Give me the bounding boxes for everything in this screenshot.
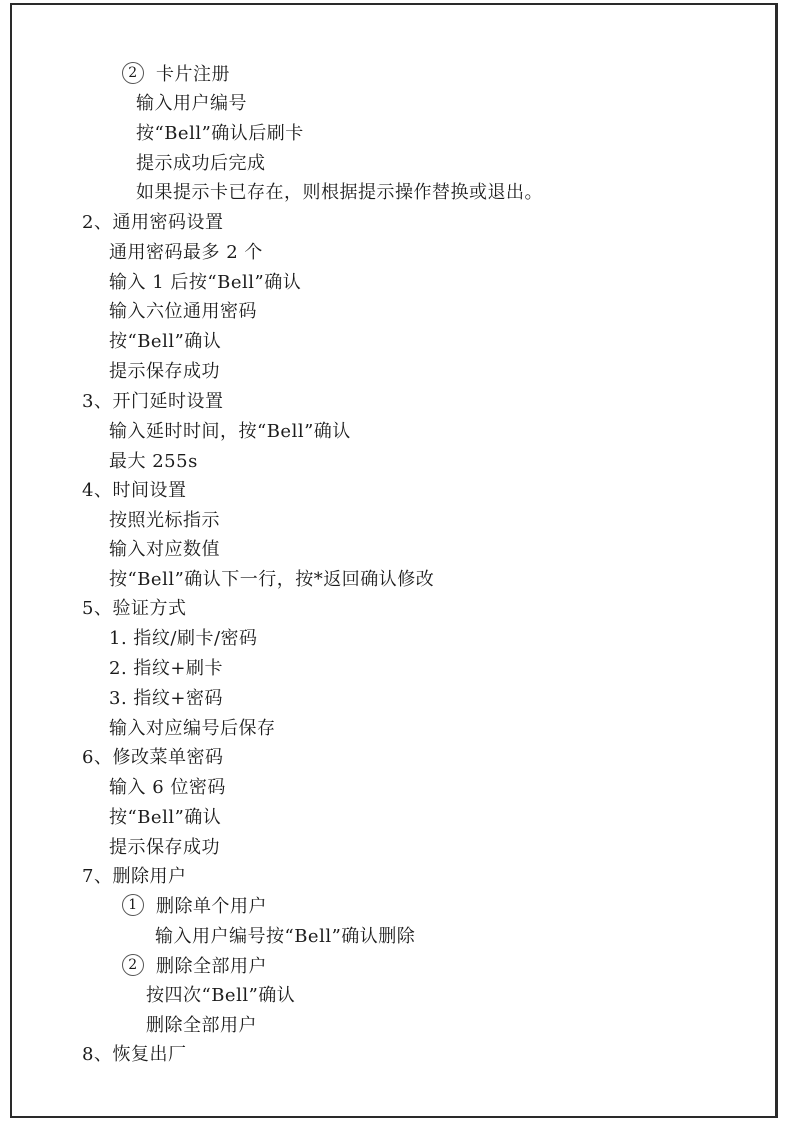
- circled-number-icon: 1: [122, 894, 144, 916]
- section-heading: 2、通用密码设置: [82, 212, 223, 234]
- subitem-heading: 1删除单个用户: [122, 896, 267, 918]
- section-line: 输入 1 后按“Bell”确认: [109, 272, 301, 294]
- section-line: 最大 255s: [109, 451, 198, 473]
- card-registration-title: 卡片注册: [156, 64, 230, 85]
- circled-number-icon: 2: [122, 62, 144, 84]
- card-step: 按“Bell”确认后刷卡: [136, 123, 304, 145]
- card-registration-heading: 2卡片注册: [122, 64, 230, 86]
- section-line: 输入六位通用密码: [109, 301, 257, 323]
- section-line: 1. 指纹/刷卡/密码: [109, 628, 258, 650]
- section-line: 按“Bell”确认: [109, 331, 221, 353]
- section-heading: 6、修改菜单密码: [82, 747, 223, 769]
- section-heading: 5、验证方式: [82, 598, 186, 620]
- section-line: 输入延时时间，按“Bell”确认: [109, 421, 351, 443]
- section-line: 提示保存成功: [109, 361, 220, 383]
- section-line: 按照光标指示: [109, 510, 220, 532]
- section-heading: 4、时间设置: [82, 480, 186, 502]
- section-heading: 3、开门延时设置: [82, 391, 223, 413]
- subitem-line: 输入用户编号按“Bell”确认删除: [155, 926, 415, 948]
- section-line: 3. 指纹+密码: [109, 688, 223, 710]
- card-step: 输入用户编号: [136, 93, 247, 115]
- subitem-line: 按四次“Bell”确认: [146, 985, 295, 1007]
- card-step: 如果提示卡已存在，则根据提示操作替换或退出。: [136, 182, 543, 204]
- card-step: 提示成功后完成: [136, 153, 266, 175]
- section-line: 按“Bell”确认: [109, 807, 221, 829]
- subitem-title: 删除全部用户: [156, 956, 267, 977]
- section-line: 按“Bell”确认下一行，按*返回确认修改: [109, 569, 434, 591]
- section-line: 提示保存成功: [109, 837, 220, 859]
- section-heading: 8、恢复出厂: [82, 1044, 186, 1066]
- subitem-title: 删除单个用户: [156, 896, 267, 917]
- section-line: 通用密码最多 2 个: [109, 242, 263, 264]
- section-line: 输入对应编号后保存: [109, 718, 276, 740]
- section-line: 输入 6 位密码: [109, 777, 226, 799]
- subitem-heading: 2删除全部用户: [122, 956, 267, 978]
- section-line: 2. 指纹+刷卡: [109, 658, 223, 680]
- section-line: 输入对应数值: [109, 539, 220, 561]
- section-heading: 7、删除用户: [82, 866, 186, 888]
- circled-number-icon: 2: [122, 954, 144, 976]
- subitem-line: 删除全部用户: [146, 1015, 257, 1037]
